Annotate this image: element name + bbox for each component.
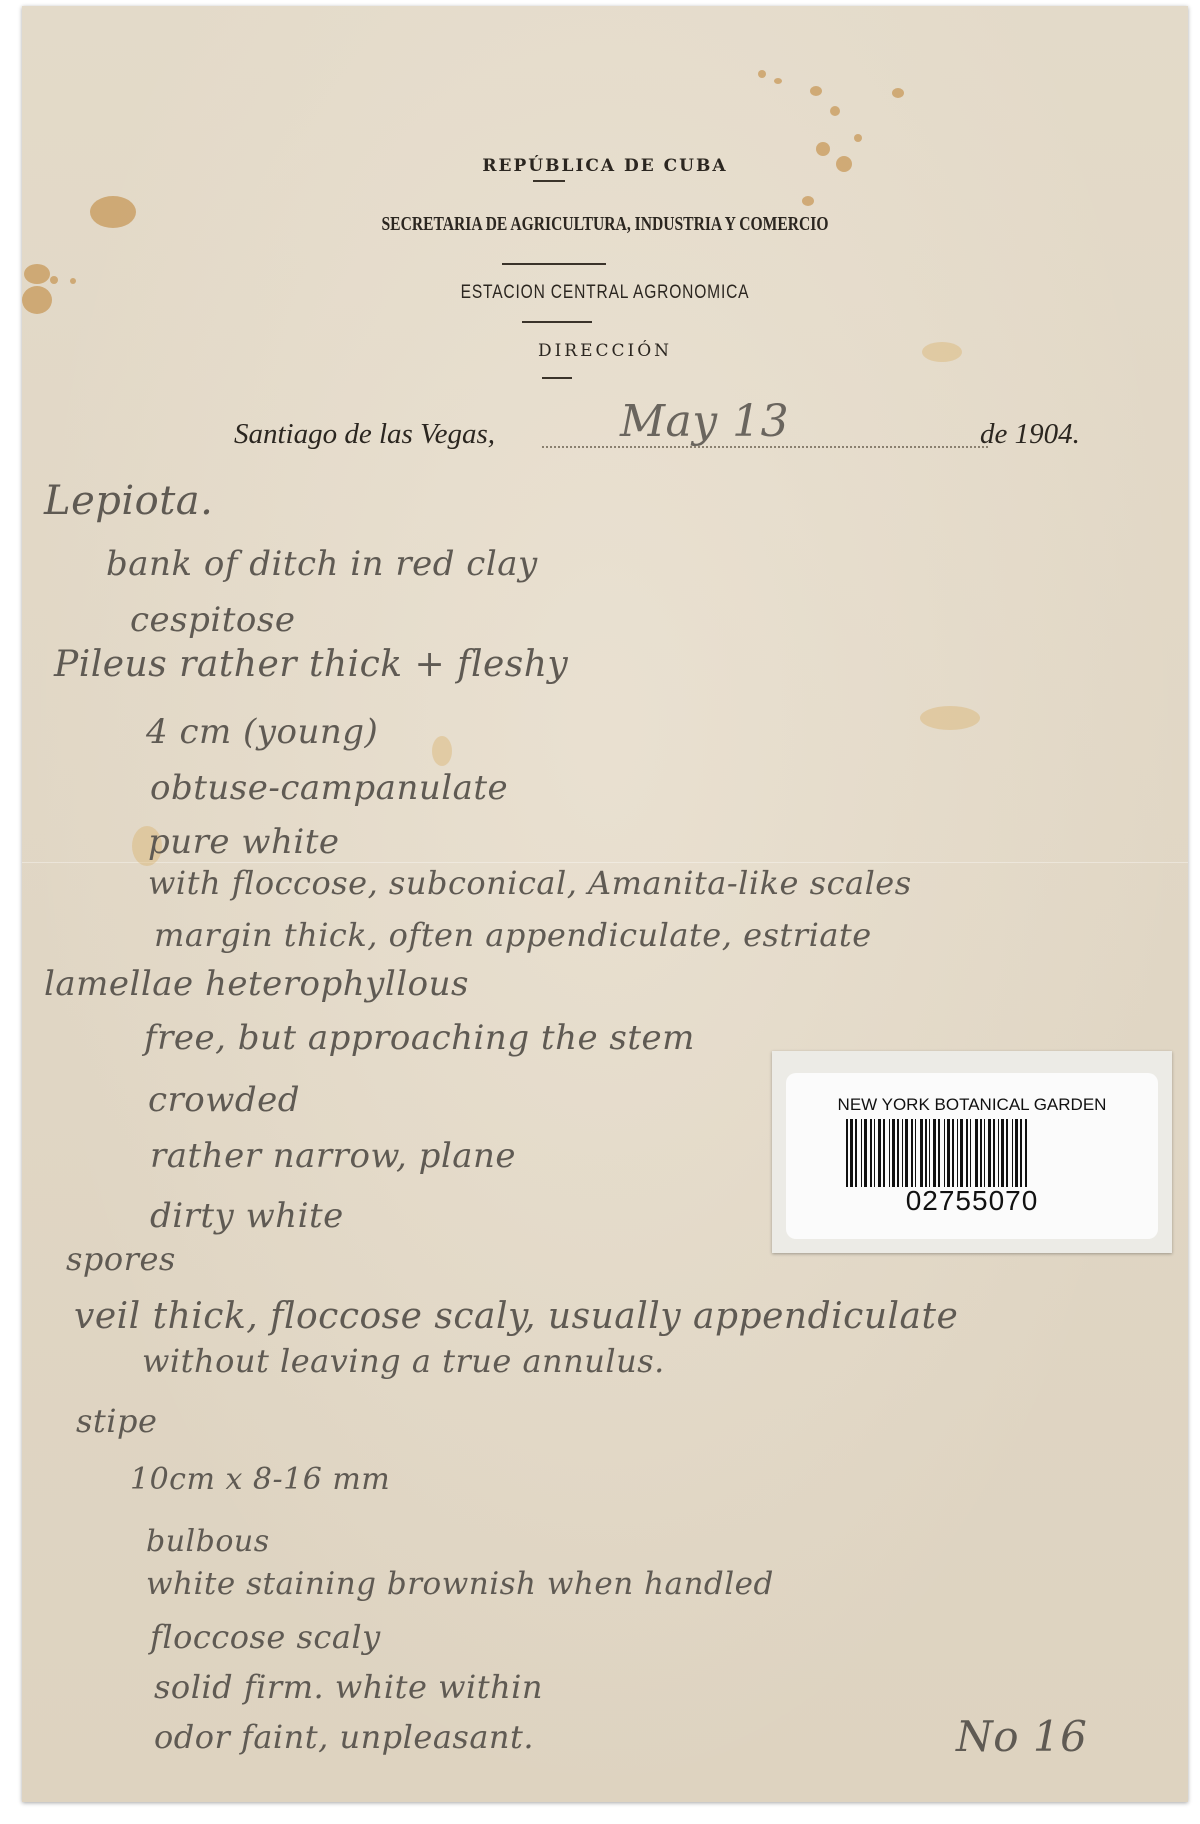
specimen-number: No 16 xyxy=(956,1712,1087,1761)
barcode-label-inner: NEW YORK BOTANICAL GARDEN 02755070 xyxy=(786,1073,1158,1239)
note-line: margin thick, often appendiculate, estri… xyxy=(154,916,872,954)
institution-name: NEW YORK BOTANICAL GARDEN xyxy=(786,1095,1158,1115)
handwritten-date: May 13 xyxy=(620,396,789,447)
note-line: 10cm x 8-16 mm xyxy=(130,1462,390,1497)
note-line: bulbous xyxy=(146,1524,270,1559)
stain-mark xyxy=(90,196,136,228)
note-line: floccose scaly xyxy=(150,1618,381,1656)
note-line: veil thick, floccose scaly, usually appe… xyxy=(74,1296,958,1337)
divider xyxy=(542,377,572,379)
note-line: free, but approaching the stem xyxy=(144,1018,695,1058)
stain-mark xyxy=(892,88,904,98)
note-line: white staining brownish when handled xyxy=(146,1566,774,1602)
note-line: lamellae heterophyllous xyxy=(44,964,469,1004)
note-line: crowded xyxy=(148,1080,300,1120)
note-line: bank of ditch in red clay xyxy=(106,544,538,584)
note-line: rather narrow, plane xyxy=(150,1136,516,1176)
note-line: obtuse-campanulate xyxy=(150,768,508,808)
stain-mark xyxy=(774,78,782,84)
note-line: Pileus rather thick + fleshy xyxy=(54,644,568,685)
note-line: Lepiota. xyxy=(44,478,213,524)
note-line: spores xyxy=(66,1240,176,1278)
stain-mark xyxy=(920,706,980,730)
stain-mark xyxy=(802,196,814,206)
note-line: stipe xyxy=(76,1402,157,1440)
note-line: odor faint, unpleasant. xyxy=(154,1718,534,1756)
stain-mark xyxy=(854,134,862,142)
note-line: 4 cm (young) xyxy=(146,712,378,752)
herbarium-sheet: REPÚBLICA DE CUBA SECRETARIA DE AGRICULT… xyxy=(22,6,1188,1802)
letterhead-republic: REPÚBLICA DE CUBA xyxy=(22,156,1188,176)
stain-mark xyxy=(432,736,452,766)
stain-mark xyxy=(830,106,840,116)
barcode-number: 02755070 xyxy=(786,1185,1158,1217)
fold-line xyxy=(22,862,1188,863)
note-line: cespitose xyxy=(130,600,295,640)
divider xyxy=(522,321,592,323)
divider xyxy=(502,263,606,265)
note-line: without leaving a true annulus. xyxy=(142,1342,665,1380)
stain-mark xyxy=(758,70,766,78)
barcode-graphic xyxy=(846,1119,1094,1187)
dateline-year: de 1904. xyxy=(980,418,1080,451)
stain-mark xyxy=(816,142,830,156)
stain-mark xyxy=(24,264,50,284)
letterhead-secretaria: SECRETARIA DE AGRICULTURA, INDUSTRIA Y C… xyxy=(150,213,1059,236)
dateline-place: Santiago de las Vegas, xyxy=(234,418,495,451)
note-line: pure white xyxy=(148,822,340,862)
letterhead-direccion: DIRECCIÓN xyxy=(22,341,1188,361)
barcode-label: NEW YORK BOTANICAL GARDEN 02755070 xyxy=(772,1051,1172,1253)
divider xyxy=(533,180,565,182)
note-line: solid firm. white within xyxy=(154,1668,543,1706)
note-line: with floccose, subconical, Amanita-like … xyxy=(148,864,912,902)
note-line: dirty white xyxy=(150,1196,344,1236)
letterhead-estacion: ESTACION CENTRAL AGRONOMICA xyxy=(127,282,1083,304)
stain-mark xyxy=(70,278,76,284)
stain-mark xyxy=(810,86,822,96)
stain-mark xyxy=(50,276,58,284)
stain-mark xyxy=(22,286,52,314)
